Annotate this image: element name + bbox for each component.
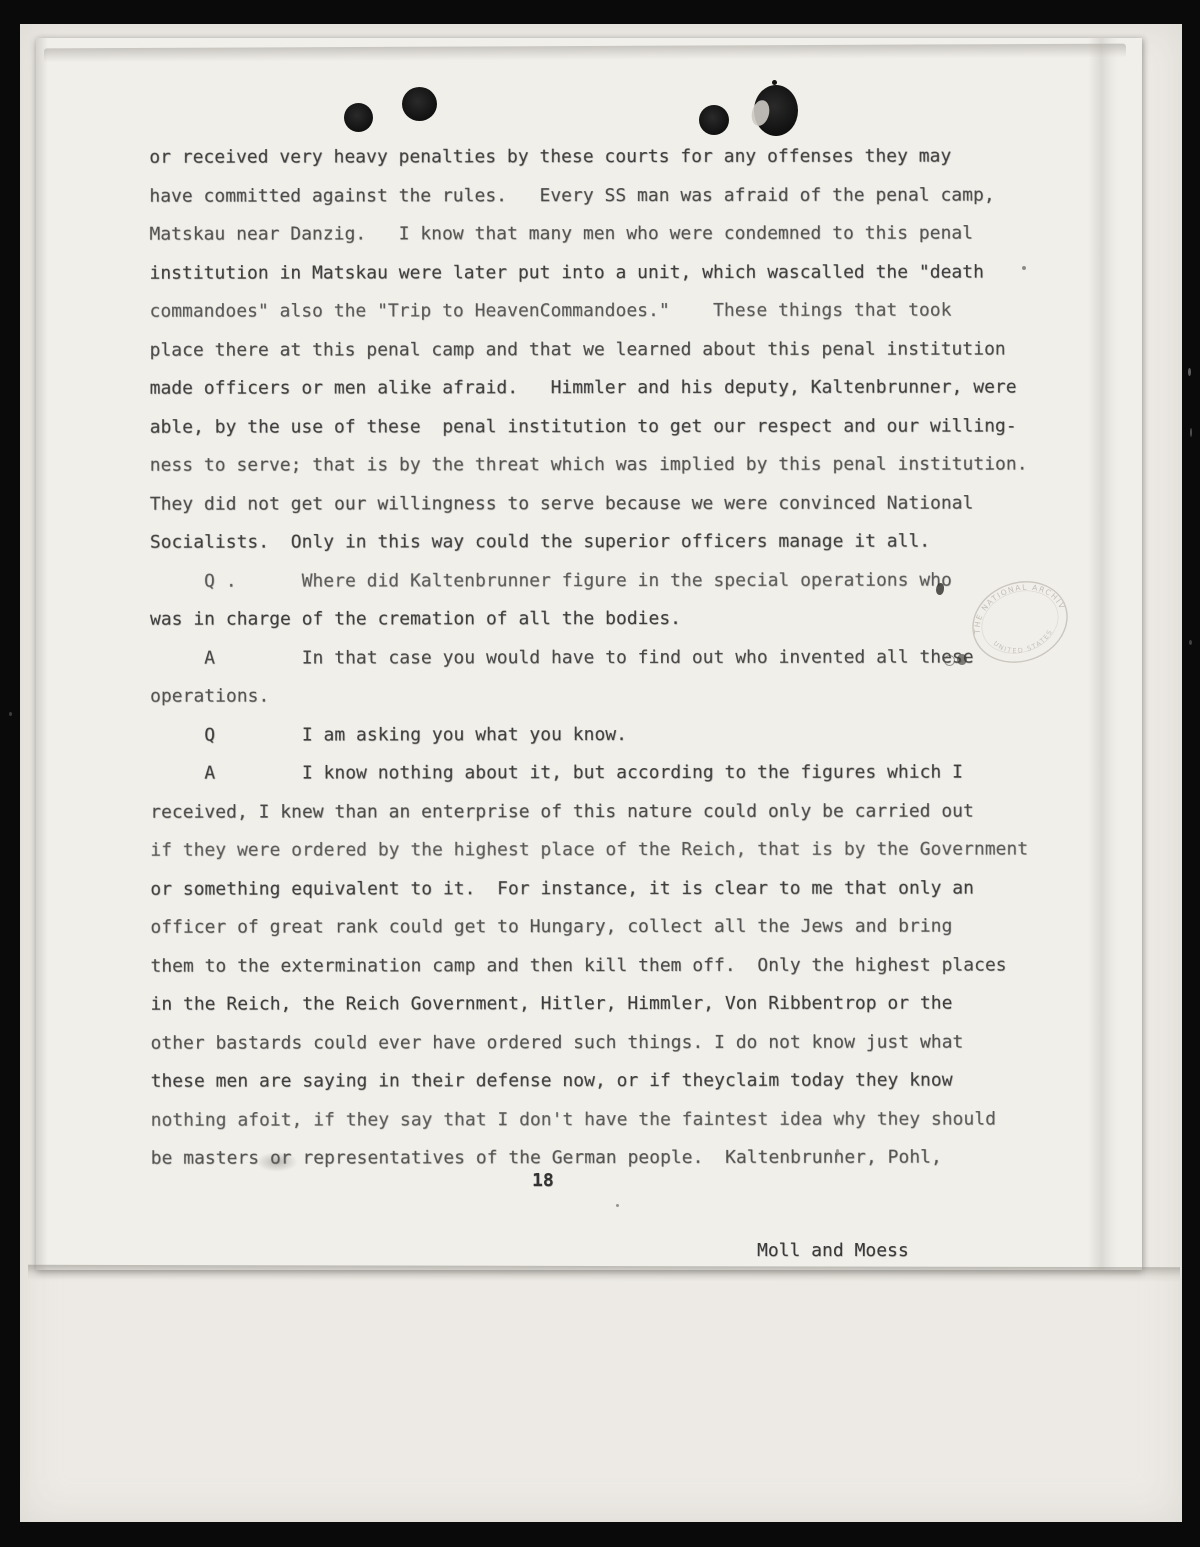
archives-stamp: THE NATIONAL ARCHIVES UNITED STATES bbox=[956, 566, 1084, 678]
sheet-bottom-edge-shadow bbox=[28, 1265, 1180, 1282]
page-number: 18 bbox=[532, 1172, 554, 1190]
sheet-left-edge-shadow bbox=[36, 38, 48, 1270]
scan-speck bbox=[1189, 640, 1192, 645]
text-line: nothing afoit, if they say that I don't … bbox=[151, 1100, 1131, 1140]
text-line: received, I knew than an enterprise of t… bbox=[150, 792, 1130, 832]
text-line: They did not get our willingness to serv… bbox=[150, 484, 1130, 524]
sheet-top-edge-shadow bbox=[44, 44, 1126, 63]
scan-speck bbox=[1190, 428, 1192, 437]
text-line: if they were ordered by the highest plac… bbox=[150, 830, 1130, 870]
ink-dot bbox=[344, 103, 373, 132]
scan-speck bbox=[1188, 368, 1191, 376]
text-line: in the Reich, the Reich Government, Hitl… bbox=[150, 984, 1130, 1024]
text-line: ness to serve; that is by the threat whi… bbox=[150, 445, 1130, 485]
scan-speck bbox=[9, 712, 12, 716]
scan-speck bbox=[1022, 266, 1026, 270]
ink-speck bbox=[772, 80, 777, 85]
ink-dot bbox=[699, 105, 729, 135]
small-ring-mark bbox=[944, 655, 955, 666]
footer-signature: Moll and Moess bbox=[757, 1240, 909, 1262]
ink-dot bbox=[402, 87, 437, 121]
text-line: operations. bbox=[150, 676, 1130, 716]
ink-smudge bbox=[256, 1152, 298, 1172]
text-line: other bastards could ever have ordered s… bbox=[151, 1023, 1131, 1063]
stamp-arc-bottom-text: UNITED STATES bbox=[990, 620, 1058, 664]
text-line: able, by the use of these penal institut… bbox=[150, 407, 1130, 447]
text-line: officer of great rank could get to Hunga… bbox=[150, 907, 1130, 947]
text-line: Q I am asking you what you know. bbox=[150, 715, 1130, 755]
scan-speck bbox=[836, 1149, 839, 1153]
text-line: A I know nothing about it, but according… bbox=[150, 753, 1130, 793]
text-line: or received very heavy penalties by thes… bbox=[149, 137, 1129, 177]
text-line: institution in Matskau were later put in… bbox=[149, 253, 1129, 293]
text-line: these men are saying in their defense no… bbox=[151, 1061, 1131, 1101]
text-line: or something equivalent to it. For insta… bbox=[150, 869, 1130, 909]
small-dot-mark bbox=[957, 654, 967, 665]
text-line: commandoes" also the "Trip to HeavenComm… bbox=[149, 291, 1129, 331]
scanned-page: or received very heavy penalties by thes… bbox=[0, 0, 1200, 1547]
text-line: place there at this penal camp and that … bbox=[150, 330, 1130, 370]
text-line: made officers or men alike afraid. Himml… bbox=[150, 368, 1130, 408]
text-line: Socialists. Only in this way could the s… bbox=[150, 522, 1130, 562]
text-line: Matskau near Danzig. I know that many me… bbox=[149, 214, 1129, 254]
svg-text:UNITED STATES: UNITED STATES bbox=[990, 620, 1058, 664]
text-line: have committed against the rules. Every … bbox=[149, 176, 1129, 216]
scan-speck bbox=[616, 1204, 619, 1207]
text-line: them to the extermination camp and then … bbox=[150, 946, 1130, 986]
